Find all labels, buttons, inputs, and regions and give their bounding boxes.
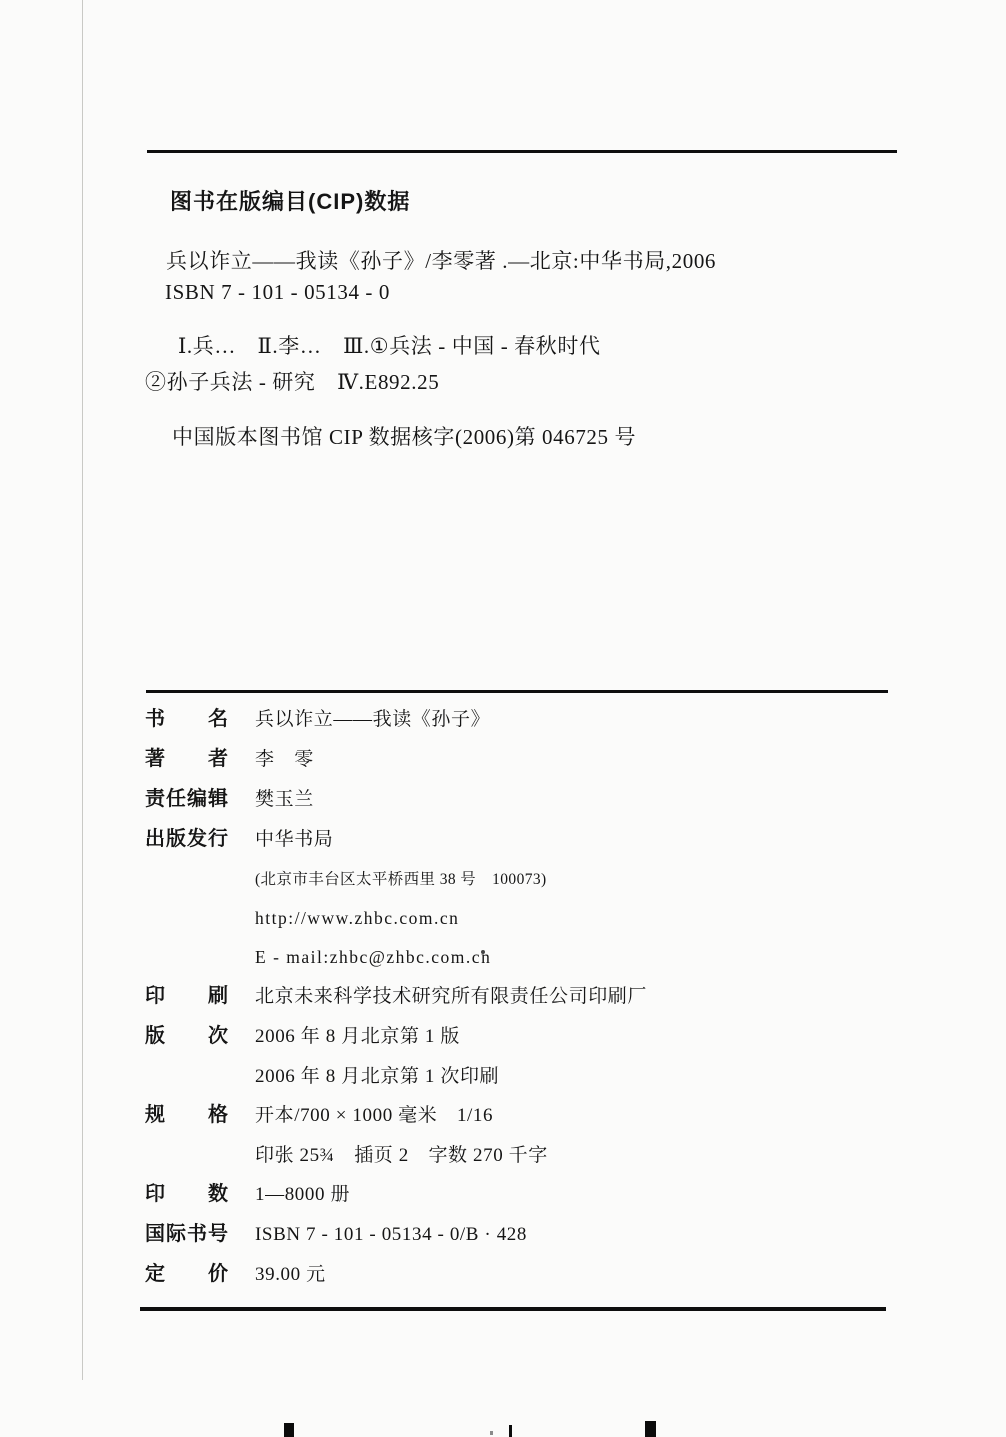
- row-label: 版 次: [145, 1023, 237, 1050]
- cip-isbn-line: ISBN 7 - 101 - 05134 - 0: [165, 280, 390, 305]
- colophon-row-price: 定 价 39.00 元: [145, 1261, 905, 1288]
- publisher-website: http://www.zhbc.com.cn: [255, 905, 905, 932]
- row-value: 樊玉兰: [255, 786, 314, 813]
- row-value: 开本/700 × 1000 毫米 1/16: [255, 1102, 493, 1129]
- row-value: 李 零: [255, 746, 314, 773]
- binding-mark: [509, 1425, 512, 1437]
- colophon-row-format: 规 格 开本/700 × 1000 毫米 1/16: [145, 1102, 905, 1129]
- cip-classification-line-2: ②孙子兵法 - 研究 Ⅳ.E892.25: [145, 366, 439, 396]
- colophon-row-author: 著 者 李 零: [145, 746, 905, 773]
- row-label: 定 价: [145, 1261, 237, 1288]
- colophon-row-editor: 责任编辑 樊玉兰: [145, 786, 905, 813]
- publisher-address: (北京市丰台区太平桥西里 38 号 100073): [255, 866, 905, 893]
- row-value: 2006 年 8 月北京第 1 版: [255, 1023, 460, 1050]
- row-label: 规 格: [145, 1102, 237, 1129]
- cip-heading: 图书在版编目(CIP)数据: [170, 185, 410, 216]
- row-value: 中华书局: [255, 826, 333, 853]
- scan-edge-artifact: [82, 0, 83, 1380]
- colophon-row-edition: 版 次 2006 年 8 月北京第 1 版: [145, 1023, 905, 1050]
- row-value: 兵以诈立——我读《孙子》: [255, 706, 490, 733]
- top-rule: [147, 150, 897, 153]
- scan-speck: [481, 950, 485, 954]
- row-label: 出版发行: [145, 826, 237, 853]
- format-sheets-line: 印张 25¾ 插页 2 字数 270 千字: [255, 1142, 905, 1169]
- book-copyright-page: 图书在版编目(CIP)数据 兵以诈立——我读《孙子》/李零著 .—北京:中华书局…: [0, 0, 1006, 1437]
- row-label: 著 者: [145, 746, 237, 773]
- publisher-email: E - mail:zhbc@zhbc.com.cn: [255, 944, 905, 971]
- edition-printing-line: 2006 年 8 月北京第 1 次印刷: [255, 1063, 905, 1090]
- row-value: ISBN 7 - 101 - 05134 - 0/B · 428: [255, 1221, 527, 1248]
- binding-mark: [284, 1423, 294, 1437]
- row-value: 39.00 元: [255, 1261, 326, 1288]
- row-label: 书 名: [145, 706, 237, 733]
- row-label: 国际书号: [145, 1221, 237, 1248]
- row-value: 1—8000 册: [255, 1181, 350, 1208]
- colophon-row-print-run: 印 数 1—8000 册: [145, 1181, 905, 1208]
- colophon-row-isbn: 国际书号 ISBN 7 - 101 - 05134 - 0/B · 428: [145, 1221, 905, 1248]
- colophon-row-book-title: 书 名 兵以诈立——我读《孙子》: [145, 706, 905, 733]
- row-label: 印 数: [145, 1181, 237, 1208]
- colophon-row-publisher: 出版发行 中华书局: [145, 826, 905, 853]
- middle-rule: [146, 690, 888, 693]
- bottom-rule: [140, 1307, 886, 1311]
- colophon-row-printer: 印 刷 北京未来科学技术研究所有限责任公司印刷厂: [145, 983, 905, 1010]
- binding-mark: [490, 1431, 493, 1435]
- binding-mark: [645, 1421, 656, 1437]
- cip-classification-line-1: Ⅰ.兵… Ⅱ.李… Ⅲ.①兵法 - 中国 - 春秋时代: [178, 330, 601, 360]
- row-label: 印 刷: [145, 983, 237, 1010]
- cip-record-line: 中国版本图书馆 CIP 数据核字(2006)第 046725 号: [172, 421, 636, 451]
- row-value: 北京未来科学技术研究所有限责任公司印刷厂: [255, 983, 647, 1010]
- cip-title-line: 兵以诈立——我读《孙子》/李零著 .—北京:中华书局,2006: [166, 245, 716, 275]
- row-label: 责任编辑: [145, 786, 237, 813]
- colophon-table: 书 名 兵以诈立——我读《孙子》 著 者 李 零 责任编辑 樊玉兰 出版发行 中…: [145, 706, 905, 1301]
